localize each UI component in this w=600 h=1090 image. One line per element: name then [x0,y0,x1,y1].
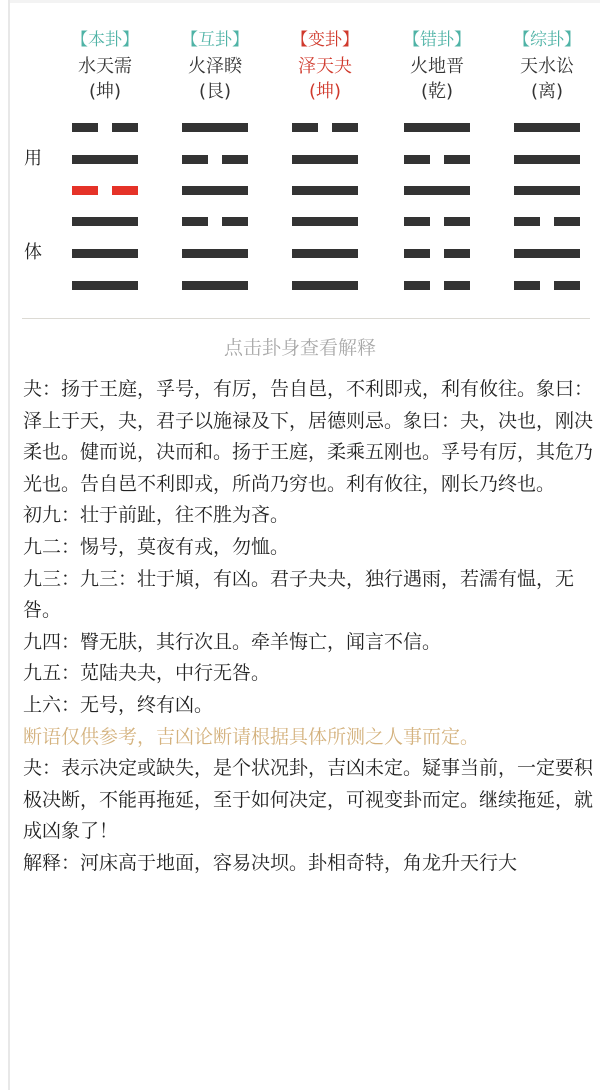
line-segment [72,155,138,164]
hexagram-palace: (离) [492,80,600,104]
yang-line[interactable] [292,155,358,164]
line-segment [72,186,98,195]
line-segment [514,281,540,290]
analysis-text: 夬：表示决定或缺失，是个状况卦，吉凶未定。疑事当前，一定要积极决断，不能再拖延，… [23,753,593,848]
yang-line[interactable] [72,217,138,226]
yang-line[interactable] [292,217,358,226]
line-segment [514,186,580,195]
line-segment [444,217,470,226]
line-segment [182,217,208,226]
explanation-text: 解释：河床高于地面，容易决坝。卦相奇特，角龙升天行大 [23,848,593,880]
yang-line[interactable] [514,123,580,132]
line-segment [554,217,580,226]
yang-line[interactable] [292,281,358,290]
line-segment [222,155,248,164]
line-segment [292,123,318,132]
line-segment [404,123,470,132]
yin-line[interactable] [72,123,138,132]
line-text-2: 九二：惕号，莫夜有戎，勿恤。 [23,532,593,564]
line-text-4: 九四：臀无肤，其行次且。牵羊悔亡，闻言不信。 [23,627,593,659]
hexagram-name: 泽天夬 [270,54,380,80]
hexagram-label: 【错卦】 [382,28,492,52]
yin-line[interactable] [404,281,470,290]
yin-line[interactable] [404,155,470,164]
yin-line[interactable] [292,123,358,132]
yang-line[interactable] [72,281,138,290]
hexagram-palace: (坤) [50,80,160,104]
line-segment [72,249,138,258]
tap-hint[interactable]: 点击卦身查看解释 [0,334,600,362]
yang-line[interactable] [182,123,248,132]
yin-line[interactable] [514,281,580,290]
line-segment [182,249,248,258]
yin-line[interactable] [404,217,470,226]
line-segment [514,217,540,226]
section-divider [22,318,590,319]
line-segment [292,249,358,258]
line-segment [404,186,470,195]
yang-line[interactable] [404,123,470,132]
line-segment [292,281,358,290]
yin-line[interactable] [182,217,248,226]
line-segment [182,155,208,164]
line-segment [404,249,430,258]
line-segment [404,281,430,290]
line-text-5: 九五：苋陆夬夬，中行无咎。 [23,658,593,690]
moving-yin-line[interactable] [72,186,138,195]
yang-line[interactable] [182,281,248,290]
yang-line[interactable] [182,186,248,195]
line-text-3: 九三：九三：壮于頄，有凶。君子夬夬，独行遇雨，若濡有愠，无咎。 [23,564,593,627]
yang-line[interactable] [514,186,580,195]
hexagram-name: 天水讼 [492,54,600,80]
yang-line[interactable] [514,249,580,258]
side-label-yong: 用 [24,148,42,170]
line-segment [514,249,580,258]
disclaimer-text: 断语仅供参考，吉凶论断请根据具体所测之人事而定。 [23,722,593,754]
line-segment [222,217,248,226]
line-segment [514,123,580,132]
yang-line[interactable] [404,186,470,195]
hexagram-row: 用 体 【本卦】 水天需 (坤) 【互卦】 火泽睽 (艮) 【变卦】 泽天夬 (… [0,28,600,298]
hexagram-bian[interactable]: 【变卦】 泽天夬 (坤) [270,28,380,104]
hexagram-name: 水天需 [50,54,160,80]
hexagram-label: 【变卦】 [270,28,380,52]
line-segment [444,249,470,258]
hexagram-ben[interactable]: 【本卦】 水天需 (坤) [50,28,160,104]
yang-line[interactable] [72,249,138,258]
line-text-1: 初九：壮于前趾，往不胜为吝。 [23,500,593,532]
top-border [8,0,600,3]
judgment-text: 夬：扬于王庭，孚号，有厉，告自邑，不利即戎，利有攸往。象曰：泽上于天，夬，君子以… [23,374,593,500]
hexagram-label: 【综卦】 [492,28,600,52]
line-segment [112,123,138,132]
line-segment [444,155,470,164]
yang-line[interactable] [292,249,358,258]
yang-line[interactable] [182,249,248,258]
line-segment [72,281,138,290]
hexagram-palace: (艮) [160,80,270,104]
yang-line[interactable] [292,186,358,195]
hexagram-label: 【本卦】 [50,28,160,52]
line-segment [182,186,248,195]
line-segment [72,217,138,226]
line-segment [404,155,430,164]
line-text-6: 上六：无号，终有凶。 [23,690,593,722]
hexagram-name: 火泽睽 [160,54,270,80]
hexagram-hu[interactable]: 【互卦】 火泽睽 (艮) [160,28,270,104]
hexagram-zong[interactable]: 【综卦】 天水讼 (离) [492,28,600,104]
yang-line[interactable] [72,155,138,164]
line-segment [292,155,358,164]
hexagram-cuo[interactable]: 【错卦】 火地晋 (乾) [382,28,492,104]
yin-line[interactable] [182,155,248,164]
side-label-ti: 体 [24,242,42,264]
line-segment [292,217,358,226]
interpretation-content: 夬：扬于王庭，孚号，有厉，告自邑，不利即戎，利有攸往。象曰：泽上于天，夬，君子以… [23,374,593,880]
hexagram-label: 【互卦】 [160,28,270,52]
line-segment [182,281,248,290]
line-segment [554,281,580,290]
hexagram-name: 火地晋 [382,54,492,80]
hexagram-palace: (坤) [270,80,380,104]
yin-line[interactable] [404,249,470,258]
line-segment [404,217,430,226]
line-segment [292,186,358,195]
line-segment [332,123,358,132]
yang-line[interactable] [514,155,580,164]
line-segment [112,186,138,195]
line-segment [444,281,470,290]
line-segment [182,123,248,132]
line-segment [72,123,98,132]
yin-line[interactable] [514,217,580,226]
line-segment [514,155,580,164]
hexagram-palace: (乾) [382,80,492,104]
